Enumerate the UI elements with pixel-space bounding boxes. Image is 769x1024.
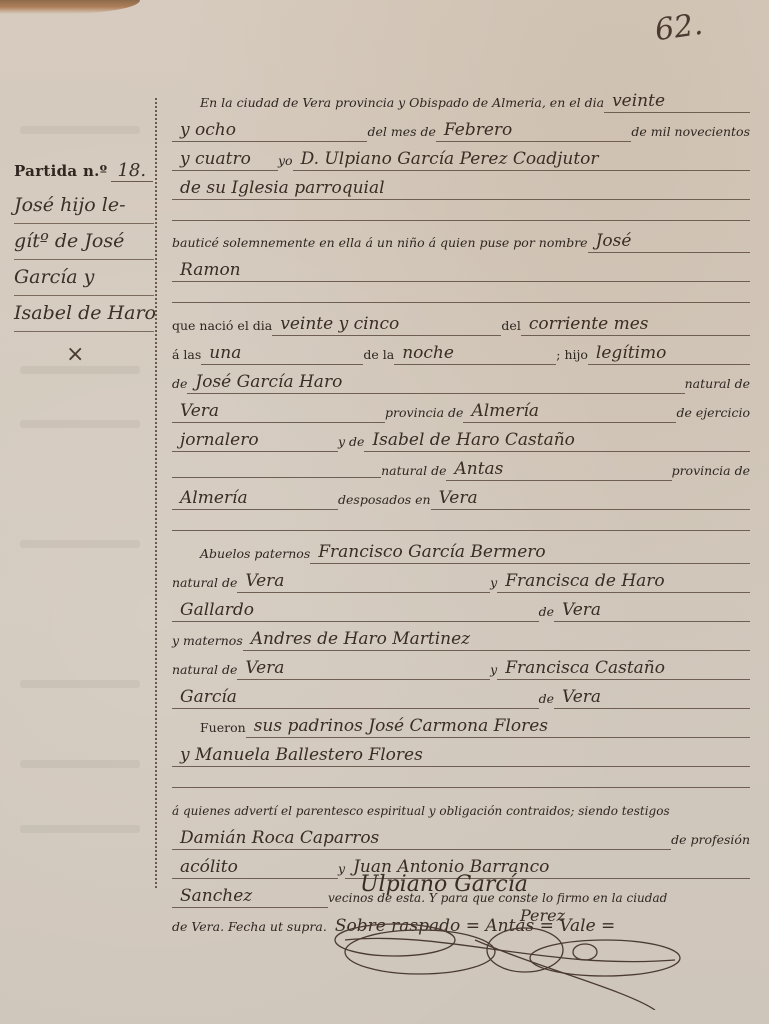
margin-line: José hijo le- bbox=[14, 188, 154, 224]
printed-text: Abuelos paternos bbox=[200, 546, 310, 564]
record-line: Vera provincia de Almería de ejercicio bbox=[172, 394, 750, 423]
bleed-through-text bbox=[20, 760, 140, 768]
record-line: natural de Vera y Francisca de Haro bbox=[172, 564, 750, 593]
printed-text: del bbox=[501, 318, 520, 336]
father-occupation-field: jornalero bbox=[172, 430, 338, 452]
record-line: y cuatro yo D. Ulpiano García Perez Coad… bbox=[172, 142, 750, 171]
record-line: Ramon bbox=[172, 253, 750, 282]
printed-text: de bbox=[539, 604, 554, 622]
blank-line bbox=[172, 219, 750, 221]
margin-line: Isabel de Haro bbox=[14, 296, 154, 332]
printed-text: de la bbox=[363, 347, 394, 365]
partida-heading: Partida n.º 18. bbox=[14, 160, 154, 182]
paternal-grandfather-origin: Vera bbox=[237, 571, 490, 593]
day-field-continued: y ocho bbox=[172, 120, 367, 142]
printed-text: á las bbox=[172, 347, 201, 365]
record-line: jornalero y de Isabel de Haro Castaño bbox=[172, 423, 750, 452]
printed-text: y bbox=[490, 575, 497, 593]
blank-line bbox=[172, 786, 750, 788]
printed-text: natural de bbox=[685, 376, 750, 394]
bleed-through-text bbox=[20, 420, 140, 428]
day-field: veinte bbox=[604, 91, 750, 113]
priest-field: D. Ulpiano García Perez Coadjutor bbox=[293, 149, 750, 171]
bleed-through-text bbox=[20, 680, 140, 688]
record-body: En la ciudad de Vera provincia y Obispad… bbox=[172, 84, 750, 937]
margin-column: Partida n.º 18. José hijo le- gítº de Jo… bbox=[14, 160, 154, 367]
godparents-field: sus padrinos José Carmona Flores bbox=[246, 716, 750, 738]
record-line: y Manuela Ballestero Flores bbox=[172, 738, 750, 767]
printed-text: natural de bbox=[381, 463, 446, 481]
record-line: En la ciudad de Vera provincia y Obispad… bbox=[172, 84, 750, 113]
marriage-place-field: Vera bbox=[431, 488, 750, 510]
godparents-continued: y Manuela Ballestero Flores bbox=[172, 745, 750, 767]
witness-one-field: Damián Roca Caparros bbox=[172, 828, 671, 850]
record-line: natural de Vera y Francisca Castaño bbox=[172, 651, 750, 680]
partida-number: 18. bbox=[111, 160, 153, 182]
record-line: natural de Antas provincia de bbox=[172, 452, 750, 481]
paternal-grandmother-field: Francisca de Haro bbox=[497, 571, 750, 593]
page-corner-edge bbox=[0, 0, 140, 14]
paternal-grandfather-field: Francisco García Bermero bbox=[310, 542, 750, 564]
printed-text: que nació el dia bbox=[172, 318, 272, 336]
child-name-continued: Ramon bbox=[172, 260, 750, 282]
partida-label: Partida n.º bbox=[14, 162, 107, 180]
blank-line bbox=[172, 476, 381, 478]
father-name-field: José García Haro bbox=[187, 372, 684, 394]
margin-divider bbox=[155, 98, 157, 888]
mother-name-field: Isabel de Haro Castaño bbox=[364, 430, 750, 452]
paternal-grandmother-origin: Vera bbox=[554, 600, 750, 622]
record-line: Damián Roca Caparros de profesión bbox=[172, 821, 750, 850]
document-page: 62. Partida n.º 18. José hijo le- gítº d… bbox=[0, 0, 769, 1024]
maternal-grandmother-surname: García bbox=[172, 687, 539, 709]
mother-province-field: Almería bbox=[172, 488, 338, 510]
record-line: bauticé solemnemente en ella á un niño á… bbox=[172, 224, 750, 253]
blank-line bbox=[172, 301, 750, 303]
record-line bbox=[172, 282, 750, 306]
birth-hour-field: una bbox=[201, 343, 363, 365]
record-line bbox=[172, 510, 750, 534]
printed-text: natural de bbox=[172, 575, 237, 593]
printed-text: provincia de bbox=[672, 463, 750, 481]
record-line: García de Vera bbox=[172, 680, 750, 709]
signature-flourish-icon bbox=[325, 910, 705, 1010]
father-origin-field: Vera bbox=[172, 401, 385, 423]
printed-text: Fueron bbox=[200, 720, 246, 738]
printed-text: y maternos bbox=[172, 633, 243, 651]
printed-text: desposados en bbox=[338, 492, 431, 510]
legitimacy-field: legítimo bbox=[588, 343, 750, 365]
printed-text: natural de bbox=[172, 662, 237, 680]
witness-profession-field: acólito bbox=[172, 857, 338, 879]
record-line: á las una de la noche ; hijo legítimo bbox=[172, 336, 750, 365]
printed-text: á quienes advertí el parentesco espiritu… bbox=[172, 804, 670, 821]
child-name-field: José bbox=[588, 231, 750, 253]
folio-number: 62. bbox=[653, 7, 705, 48]
record-line bbox=[172, 200, 750, 224]
printed-text: yo bbox=[278, 153, 293, 171]
witness-two-surname: Sanchez bbox=[172, 886, 328, 908]
margin-line: gítº de José bbox=[14, 224, 154, 260]
printed-text: ; hijo bbox=[556, 347, 588, 365]
printed-text: bauticé solemnemente en ella á un niño á… bbox=[172, 235, 588, 253]
printed-text: En la ciudad de Vera provincia y Obispad… bbox=[200, 95, 604, 113]
record-line bbox=[172, 767, 750, 791]
record-line: Gallardo de Vera bbox=[172, 593, 750, 622]
printed-text: y bbox=[490, 662, 497, 680]
margin-line: García y bbox=[14, 260, 154, 296]
printed-text: de profesión bbox=[671, 832, 750, 850]
printed-text: de mil novecientos bbox=[631, 124, 750, 142]
printed-text: de bbox=[539, 691, 554, 709]
signature-first-name: Ulpiano García bbox=[360, 872, 528, 897]
margin-summary: José hijo le- gítº de José García y Isab… bbox=[14, 188, 154, 332]
paternal-grandmother-surname: Gallardo bbox=[172, 600, 539, 622]
maternal-grandfather-field: Andres de Haro Martinez bbox=[243, 629, 750, 651]
record-line: y maternos Andres de Haro Martinez bbox=[172, 622, 750, 651]
father-province-field: Almería bbox=[463, 401, 676, 423]
record-line: de su Iglesia parroquial bbox=[172, 171, 750, 200]
birth-month-field: corriente mes bbox=[521, 314, 750, 336]
bleed-through-text bbox=[20, 126, 140, 134]
record-line: Almería desposados en Vera bbox=[172, 481, 750, 510]
maternal-grandmother-origin: Vera bbox=[554, 687, 750, 709]
printed-text: de ejercicio bbox=[676, 405, 750, 423]
month-field: Febrero bbox=[436, 120, 631, 142]
printed-text: provincia de bbox=[385, 405, 463, 423]
maternal-grandmother-field: Francisca Castaño bbox=[497, 658, 750, 680]
blank-line bbox=[172, 529, 750, 531]
priest-signature: Ulpiano García Perez bbox=[340, 870, 740, 1010]
year-field: y cuatro bbox=[172, 149, 278, 171]
maternal-grandfather-origin: Vera bbox=[237, 658, 490, 680]
bleed-through-text bbox=[20, 366, 140, 374]
printed-text: de bbox=[172, 376, 187, 394]
record-line: Abuelos paternos Francisco García Bermer… bbox=[172, 534, 750, 564]
mother-origin-field: Antas bbox=[446, 459, 671, 481]
record-line: de José García Haro natural de bbox=[172, 365, 750, 394]
time-of-day-field: noche bbox=[394, 343, 556, 365]
record-line: Fueron sus padrinos José Carmona Flores bbox=[172, 709, 750, 738]
record-line: á quienes advertí el parentesco espiritu… bbox=[172, 791, 750, 821]
birth-day-field: veinte y cinco bbox=[272, 314, 501, 336]
bleed-through-text bbox=[20, 825, 140, 833]
printed-text: del mes de bbox=[367, 124, 435, 142]
church-field: de su Iglesia parroquial bbox=[172, 178, 750, 200]
record-line: que nació el dia veinte y cinco del corr… bbox=[172, 306, 750, 336]
printed-text: de Vera. Fecha ut supra. bbox=[172, 919, 327, 937]
printed-text: y de bbox=[338, 434, 364, 452]
record-line: y ocho del mes de Febrero de mil novecie… bbox=[172, 113, 750, 142]
cross-mark: × bbox=[66, 342, 154, 367]
bleed-through-text bbox=[20, 540, 140, 548]
